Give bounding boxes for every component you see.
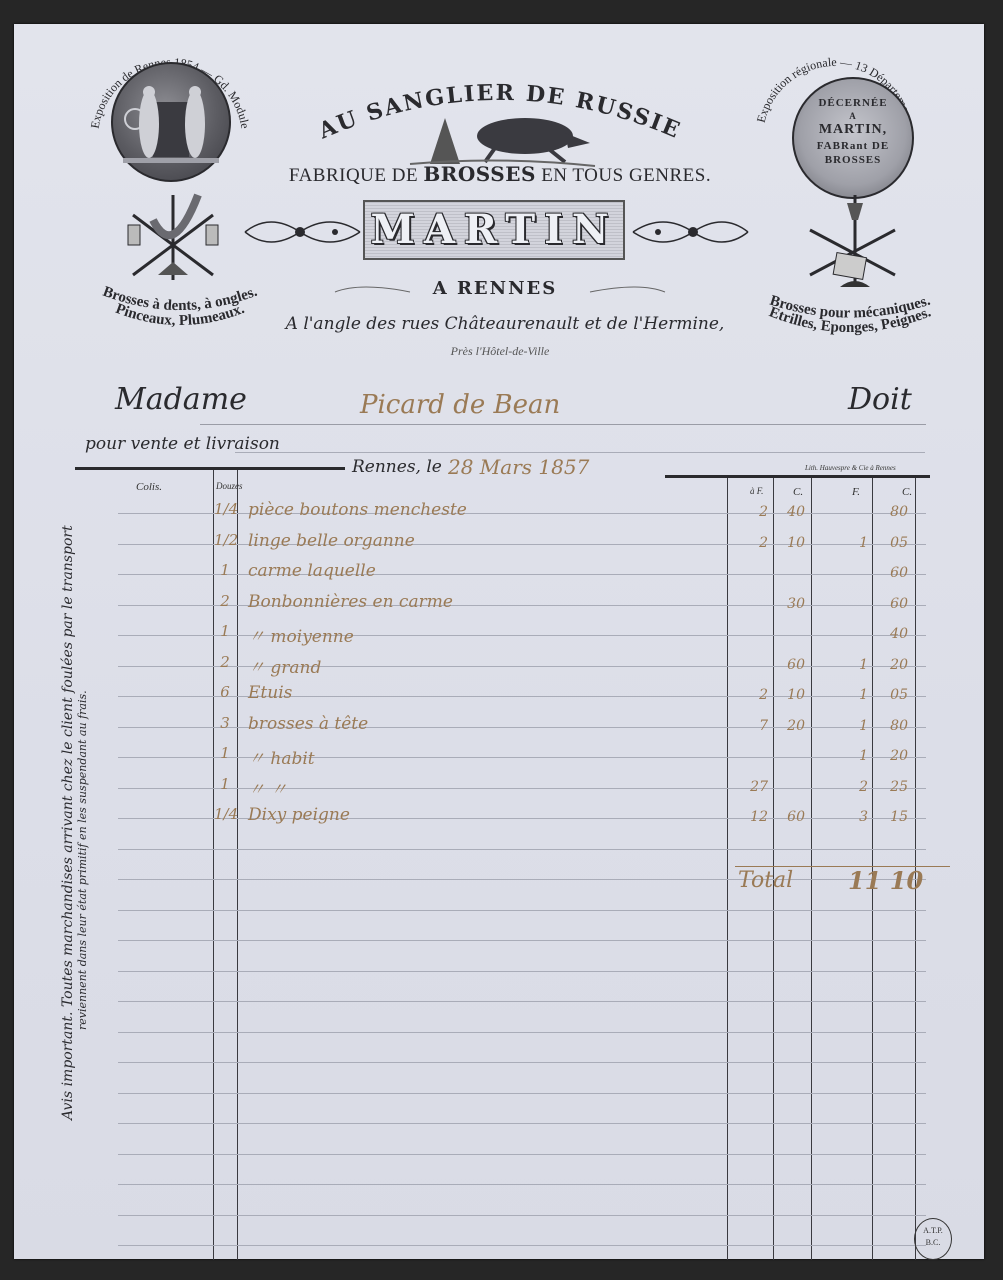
item-total-francs: 1 [840, 718, 868, 734]
total-value: 11 10 [848, 866, 923, 895]
medal-inscription-1: DÉCERNÉE [794, 97, 912, 110]
right-flourish-icon [628, 210, 753, 254]
col-line-desc [727, 478, 728, 1260]
item-total-francs: 1 [840, 657, 868, 673]
boar-illustration-icon [400, 98, 600, 168]
medal-inscription-5: BROSSES [794, 154, 912, 167]
salutation: Madame [115, 382, 247, 417]
date-place: Rennes, le [352, 457, 442, 477]
ledger-line [118, 1245, 926, 1246]
item-unit-centimes: 60 [775, 809, 805, 825]
item-unit-centimes: 10 [775, 687, 805, 703]
item-unit-francs: 2 [740, 535, 768, 551]
item-total-francs: 1 [840, 535, 868, 551]
item-description: 〃 habit [248, 744, 315, 769]
subtitle-bold: BROSSES [423, 162, 536, 186]
subtitle-prefix: FABRIQUE DE [289, 165, 423, 186]
addressee-underline [200, 424, 926, 425]
item-total-centimes: 05 [876, 535, 908, 551]
item-total-centimes: 80 [876, 504, 908, 520]
item-total-centimes: 05 [876, 687, 908, 703]
stamp-line1: A.T.P. [915, 1225, 951, 1237]
street-address: A l'angle des rues Châteaurenault et de … [270, 314, 740, 334]
item-quantity: 2 [214, 653, 236, 671]
item-total-centimes: 25 [876, 779, 908, 795]
ledger-line [118, 971, 926, 972]
left-caption: Brosses à dents, à ongles. Pinceaux, Plu… [80, 270, 280, 350]
side-notice: Avis important. Toutes marchandises arri… [60, 525, 89, 1120]
stamp-line2: B.C. [915, 1237, 951, 1249]
item-description: brosses à tête [248, 714, 368, 734]
col-header-douzaines: Douzes [216, 481, 243, 491]
col-line-unit-c [811, 478, 812, 1260]
item-total-centimes: 40 [876, 626, 908, 642]
medal-inscription-4: FABRant DE [794, 140, 912, 153]
purpose-line: pour vente et livraison [85, 434, 280, 454]
right-medal-image: DÉCERNÉE A MARTIN, FABRant DE BROSSES [792, 77, 914, 199]
item-total-centimes: 80 [876, 718, 908, 734]
doit-label: Doit [848, 382, 912, 417]
side-notice-line1: Avis important. Toutes marchandises arri… [60, 525, 76, 1120]
subtitle-suffix: EN TOUS GENRES. [536, 165, 711, 186]
item-total-centimes: 15 [876, 809, 908, 825]
ledger-line [118, 910, 926, 911]
side-notice-line2: reviennent dans leur état primitif en le… [76, 525, 89, 1120]
allegorical-figures-icon [113, 64, 229, 180]
item-quantity: 2 [214, 592, 236, 610]
ledger-line [118, 849, 926, 850]
total-label: Total [738, 868, 793, 893]
item-unit-francs: 12 [740, 809, 768, 825]
item-description: linge belle organne [248, 531, 415, 551]
ledger-line [118, 940, 926, 941]
ledger-line [118, 1032, 926, 1033]
left-flourish-icon [240, 210, 365, 254]
ledger-line [118, 574, 926, 575]
ledger-line [118, 1123, 926, 1124]
item-quantity: 1 [214, 744, 236, 762]
item-total-francs: 1 [840, 687, 868, 703]
item-quantity: 1/2 [214, 531, 236, 549]
ledger-line [118, 1093, 926, 1094]
header-rule-right [665, 475, 930, 478]
item-total-francs: 3 [840, 809, 868, 825]
item-quantity: 1 [214, 561, 236, 579]
item-description: carme laquelle [248, 561, 376, 581]
item-unit-francs: 27 [740, 779, 768, 795]
col-header-colis: Colis. [136, 481, 162, 493]
item-unit-centimes: 10 [775, 535, 805, 551]
invoice-date: 28 Mars 1857 [448, 455, 589, 479]
ledger-line [118, 1154, 926, 1155]
item-description: Etuis [248, 683, 292, 703]
item-total-centimes: 20 [876, 748, 908, 764]
ledger-line [118, 788, 926, 789]
item-total-centimes: 60 [876, 565, 908, 581]
item-quantity: 1/4 [214, 805, 236, 823]
address-landmark: Près l'Hôtel-de-Ville [380, 344, 620, 359]
item-unit-francs: 2 [740, 687, 768, 703]
item-quantity: 3 [214, 714, 236, 732]
item-total-francs: 1 [840, 748, 868, 764]
item-unit-centimes: 60 [775, 657, 805, 673]
printer-credit: Lith. Hauvespre & Cie à Rennes [805, 464, 896, 472]
right-caption: Brosses pour mécaniques. Etrilles, Epong… [740, 280, 960, 360]
item-description: 〃 〃 [248, 775, 287, 800]
item-unit-centimes: 30 [775, 596, 805, 612]
ledger-line [118, 879, 926, 880]
item-unit-centimes: 20 [775, 718, 805, 734]
item-description: 〃 grand [248, 653, 321, 678]
item-unit-francs: 7 [740, 718, 768, 734]
col-header-total-centimes: C. [902, 486, 912, 498]
ledger-line [118, 1215, 926, 1216]
ledger-line [118, 1001, 926, 1002]
ledger-line [118, 1184, 926, 1185]
item-total-centimes: 60 [876, 596, 908, 612]
item-total-francs: 2 [840, 779, 868, 795]
item-description: Dixy peigne [248, 805, 350, 825]
company-name: MARTIN [371, 206, 618, 253]
company-name-plate: MARTIN [363, 200, 625, 260]
col-line-douz [237, 470, 238, 1260]
item-quantity: 1/4 [214, 500, 236, 518]
customer-name: Picard de Bean [360, 390, 560, 420]
business-description: FABRIQUE DE BROSSES EN TOUS GENRES. [250, 162, 750, 187]
item-quantity: 6 [214, 683, 236, 701]
purpose-underline [235, 452, 925, 453]
item-quantity: 1 [214, 775, 236, 793]
left-medal-image [111, 62, 231, 182]
item-description: pièce boutons mencheste [248, 500, 467, 520]
ledger-line [118, 1062, 926, 1063]
medal-inscription-3: MARTIN, [794, 123, 912, 136]
col-header-total-francs: F. [852, 486, 860, 498]
item-unit-centimes: 40 [775, 504, 805, 520]
col-header-unit-francs: à F. [750, 486, 763, 496]
item-total-centimes: 20 [876, 657, 908, 673]
archive-stamp: A.T.P. B.C. [914, 1218, 952, 1260]
item-description: 〃 moiyenne [248, 622, 354, 647]
col-header-unit-centimes: C. [793, 486, 803, 498]
item-quantity: 1 [214, 622, 236, 640]
ledger-line [118, 635, 926, 636]
item-unit-francs: 2 [740, 504, 768, 520]
col-line-colis [213, 470, 214, 1260]
item-description: Bonbonnières en carme [248, 592, 453, 612]
ledger-line [118, 757, 926, 758]
header-rule-left [75, 467, 345, 470]
city: A RENNES [370, 278, 620, 299]
